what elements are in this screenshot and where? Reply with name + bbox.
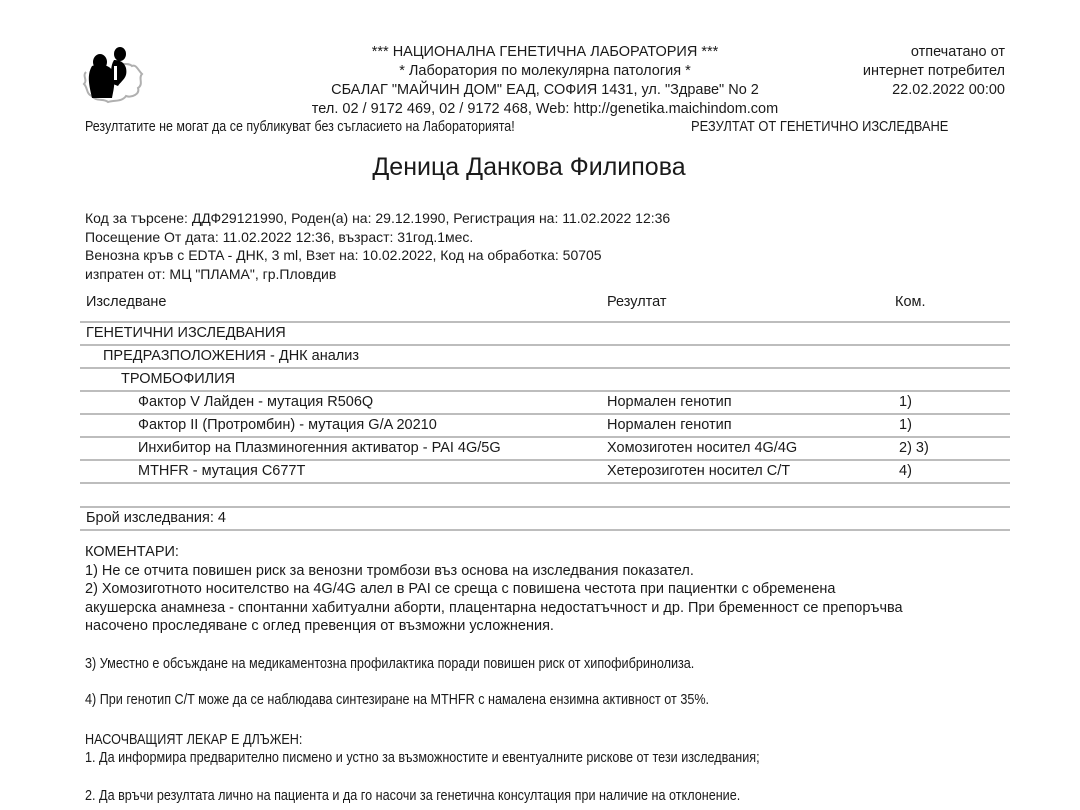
- table-divider: [80, 506, 1010, 508]
- test-name: Фактор V Лайден - мутация R506Q: [138, 394, 373, 410]
- table-divider: [80, 344, 1010, 346]
- sender-line: изпратен от: МЦ "ПЛАМА", гр.Пловдив: [85, 265, 670, 284]
- visit-line: Посещение От дата: 11.02.2022 12:36, въз…: [85, 228, 670, 247]
- doctor-heading: НАСОЧВАЩИЯТ ЛЕКАР Е ДЛЪЖЕН:: [85, 732, 302, 748]
- table-divider: [80, 482, 1010, 484]
- printed-by-label: отпечатано от: [820, 43, 1005, 62]
- group-genetic-tests: ГЕНЕТИЧНИ ИЗСЛЕДВАНИЯ: [86, 325, 286, 341]
- test-name: MTHFR - мутация C677T: [138, 463, 305, 479]
- column-header-test: Изследване: [86, 294, 167, 310]
- comment-4: 4) При генотип C/T може да се наблюдава …: [85, 692, 709, 708]
- comments-section: КОМЕНТАРИ: 1) Не се отчита повишен риск …: [85, 543, 903, 636]
- printed-by-user: интернет потребител: [820, 62, 1005, 81]
- document-type: РЕЗУЛТАТ ОТ ГЕНЕТИЧНО ИЗСЛЕДВАНЕ: [691, 119, 948, 135]
- column-header-comment: Ком.: [895, 294, 926, 310]
- test-name: Фактор II (Протромбин) - мутация G/A 202…: [138, 417, 437, 433]
- group-predispositions: ПРЕДРАЗПОЛОЖЕНИЯ - ДНК анализ: [103, 348, 359, 364]
- lab-name: *** НАЦИОНАЛНА ГЕНЕТИЧНА ЛАБОРАТОРИЯ ***: [290, 43, 800, 62]
- table-divider: [80, 413, 1010, 415]
- printed-info: отпечатано от интернет потребител 22.02.…: [820, 43, 1005, 100]
- table-divider: [80, 459, 1010, 461]
- test-result: Хетерозиготен носител C/T: [607, 463, 790, 479]
- doctor-obligation-2: 2. Да връчи резултата лично на пациента …: [85, 788, 740, 804]
- tests-count: Брой изследвания: 4: [86, 510, 226, 526]
- test-comment-ref: 2) 3): [899, 440, 929, 456]
- comment-3: 3) Уместно е обсъждане на медикаментозна…: [85, 656, 694, 672]
- table-divider: [80, 390, 1010, 392]
- group-thrombophilia: ТРОМБОФИЛИЯ: [121, 371, 235, 387]
- disclaimer: Резултатите не могат да се публикуват бе…: [85, 119, 515, 135]
- comment-2-line-2: акушерска анамнеза - спонтанни хабитуалн…: [85, 599, 903, 618]
- table-divider: [80, 321, 1010, 323]
- test-comment-ref: 1): [899, 394, 912, 410]
- test-result: Нормален генотип: [607, 417, 732, 433]
- column-header-result: Резултат: [607, 294, 667, 310]
- test-comment-ref: 4): [899, 463, 912, 479]
- search-code-line: Код за търсене: ДДФ29121990, Роден(а) на…: [85, 209, 670, 228]
- comments-heading: КОМЕНТАРИ:: [85, 543, 903, 562]
- printed-date: 22.02.2022 00:00: [820, 81, 1005, 100]
- lab-address: СБАЛАГ "МАЙЧИН ДОМ" ЕАД, СОФИЯ 1431, ул.…: [290, 81, 800, 100]
- table-divider: [80, 436, 1010, 438]
- doctor-obligation-1: 1. Да информира предварително писмено и …: [85, 750, 760, 766]
- lab-department: * Лаборатория по молекулярна патология *: [290, 62, 800, 81]
- lab-contacts: тел. 02 / 9172 469, 02 / 9172 468, Web: …: [290, 100, 800, 119]
- patient-name: Деница Данкова Филипова: [0, 153, 1058, 182]
- mother-child-logo-icon: [78, 42, 148, 107]
- table-divider: [80, 367, 1010, 369]
- table-divider: [80, 529, 1010, 531]
- test-name: Инхибитор на Плазминогенния активатор - …: [138, 440, 501, 456]
- sample-line: Венозна кръв с EDTA - ДНК, 3 ml, Взет на…: [85, 246, 670, 265]
- patient-info: Код за търсене: ДДФ29121990, Роден(а) на…: [85, 209, 670, 283]
- comment-1: 1) Не се отчита повишен риск за венозни …: [85, 562, 903, 581]
- test-result: Нормален генотип: [607, 394, 732, 410]
- comment-2-line-3: насочено проследяване с оглед превенция …: [85, 617, 903, 636]
- test-result: Хомозиготен носител 4G/4G: [607, 440, 797, 456]
- test-comment-ref: 1): [899, 417, 912, 433]
- comment-2-line-1: 2) Хомозиготното носителство на 4G/4G ал…: [85, 580, 903, 599]
- lab-header: *** НАЦИОНАЛНА ГЕНЕТИЧНА ЛАБОРАТОРИЯ ***…: [290, 43, 800, 119]
